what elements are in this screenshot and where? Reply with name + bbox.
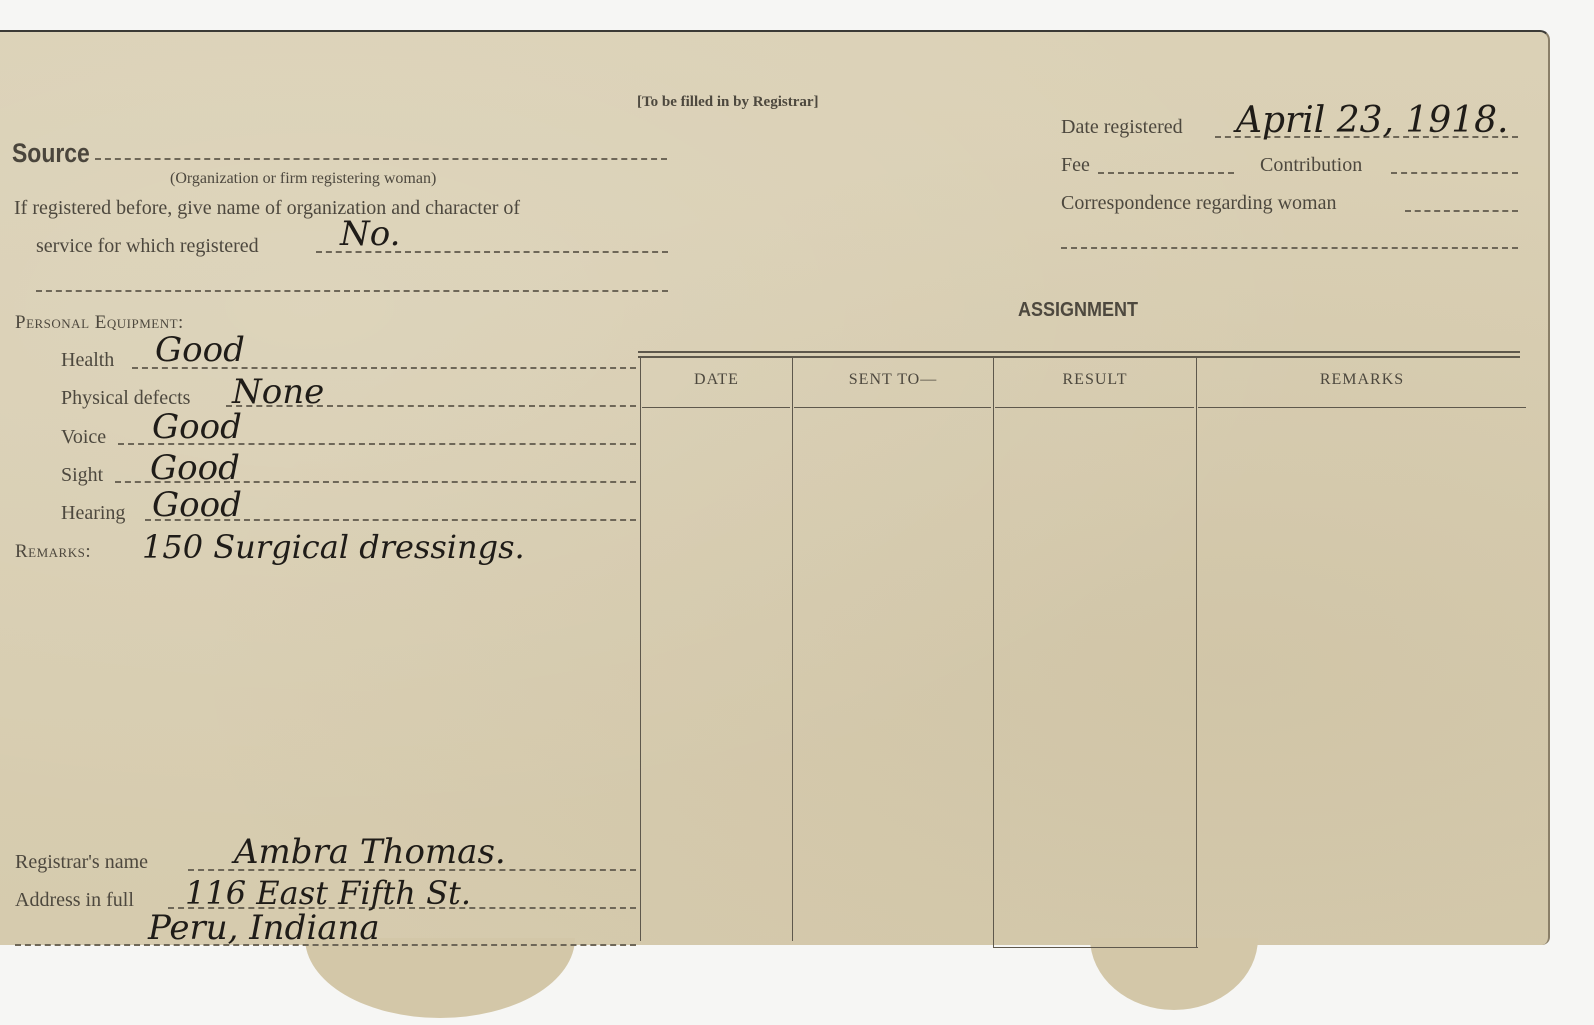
remarks-label: Remarks: bbox=[15, 541, 91, 563]
hearing-value: Good bbox=[152, 485, 242, 525]
table-top-rule bbox=[638, 351, 1520, 353]
card-tab-left bbox=[305, 938, 575, 1018]
tab-bottom-rule bbox=[993, 947, 1198, 948]
header-rule-remarks bbox=[1198, 407, 1526, 408]
physical-defects-value: None bbox=[232, 372, 324, 412]
sight-label: Sight bbox=[61, 464, 103, 487]
registrar-name-label: Registrar's name bbox=[15, 851, 148, 874]
correspondence-field-2[interactable] bbox=[1061, 247, 1518, 249]
assignment-title: ASSIGNMENT bbox=[1018, 299, 1138, 322]
sight-value: Good bbox=[150, 448, 240, 488]
source-label: Source bbox=[12, 138, 90, 169]
correspondence-label: Correspondence regarding woman bbox=[1061, 192, 1336, 215]
column-header-date: DATE bbox=[641, 371, 792, 389]
table-top-rule-2 bbox=[638, 356, 1520, 358]
registered-before-line1: If registered before, give name of organ… bbox=[14, 197, 520, 220]
address-line1-value: 116 East Fifth St. bbox=[185, 874, 471, 912]
source-caption: (Organization or firm registering woman) bbox=[170, 170, 436, 188]
registered-before-line2: service for which registered bbox=[36, 235, 259, 258]
date-registered-label: Date registered bbox=[1061, 116, 1183, 139]
fee-field[interactable] bbox=[1098, 172, 1234, 174]
registrar-note: [To be filled in by Registrar] bbox=[637, 94, 819, 111]
header-rule-sent-to bbox=[794, 407, 991, 408]
address-line2-value: Peru, Indiana bbox=[148, 908, 380, 948]
hearing-label: Hearing bbox=[61, 502, 125, 525]
registrar-name-value: Ambra Thomas. bbox=[234, 832, 506, 872]
header-rule-result bbox=[995, 407, 1194, 408]
header-rule-date bbox=[642, 407, 790, 408]
column-header-remarks: REMARKS bbox=[1197, 371, 1527, 389]
contribution-field[interactable] bbox=[1391, 172, 1518, 174]
col-divider-3 bbox=[1196, 358, 1197, 948]
contribution-label: Contribution bbox=[1260, 154, 1362, 177]
registered-before-value: No. bbox=[340, 214, 400, 254]
column-header-result: RESULT bbox=[994, 371, 1196, 389]
fee-label: Fee bbox=[1061, 154, 1090, 177]
col-divider-0 bbox=[640, 358, 641, 941]
correspondence-field[interactable] bbox=[1405, 210, 1518, 212]
remarks-value: 150 Surgical dressings. bbox=[142, 528, 525, 566]
voice-value: Good bbox=[152, 407, 242, 447]
source-field[interactable] bbox=[95, 158, 667, 160]
health-value: Good bbox=[155, 330, 245, 370]
col-divider-2 bbox=[993, 358, 994, 948]
column-header-sent-to: SENT TO— bbox=[793, 371, 993, 389]
voice-label: Voice bbox=[61, 426, 106, 449]
registered-before-field-2[interactable] bbox=[36, 290, 668, 292]
card-tab-right bbox=[1090, 938, 1258, 1010]
date-registered-value: April 23, 1918. bbox=[1236, 100, 1508, 141]
address-label: Address in full bbox=[15, 889, 134, 912]
col-divider-1 bbox=[792, 358, 793, 941]
health-label: Health bbox=[61, 349, 114, 372]
